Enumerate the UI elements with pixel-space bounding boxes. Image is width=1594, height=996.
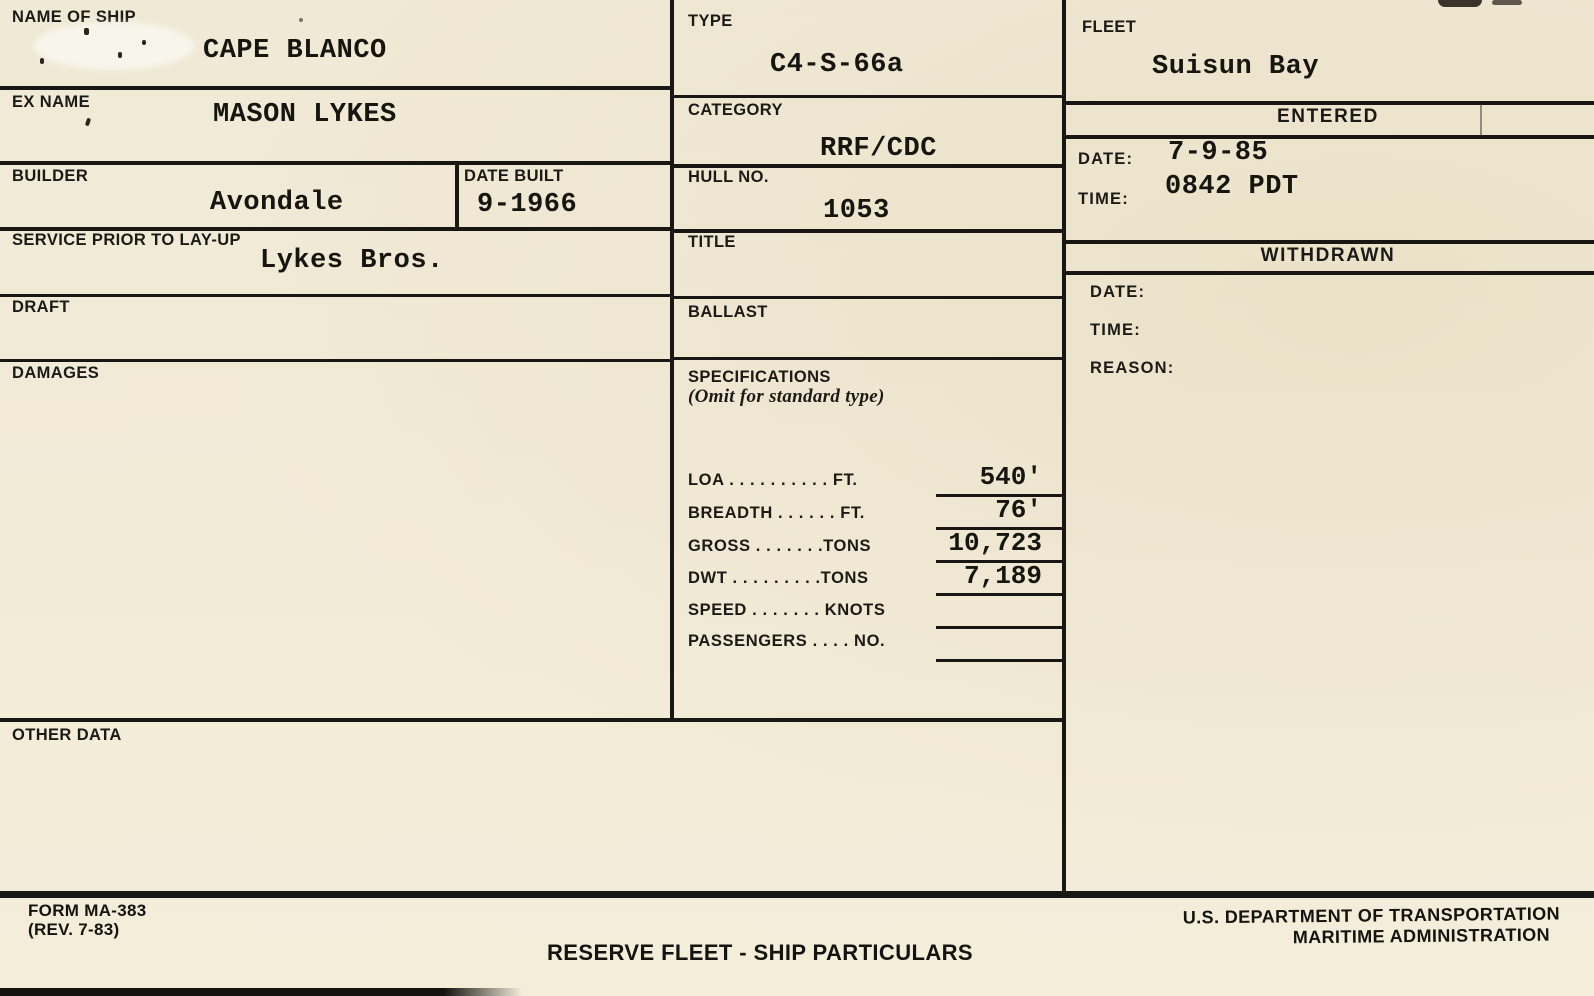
entered-time-label: TIME: (1078, 190, 1129, 209)
spec-passengers-line (936, 659, 1062, 662)
draft-label: DRAFT (12, 298, 70, 317)
entered-date-label: DATE: (1078, 150, 1133, 169)
builder-label: BUILDER (12, 167, 88, 186)
category-value: RRF/CDC (820, 134, 937, 164)
withdrawn-time-label: TIME: (1090, 321, 1141, 340)
divider-builder-datebuilt (455, 161, 459, 229)
spec-speed-label: SPEED . . . . . . . KNOTS (688, 601, 885, 620)
withdrawn-header: WITHDRAWN (1062, 245, 1594, 267)
entered-header: ENTERED (1062, 106, 1594, 128)
category-label: CATEGORY (688, 101, 783, 120)
line-below-type (670, 95, 1066, 98)
service-prior-value: Lykes Bros. (260, 246, 444, 276)
hull-no-label: HULL NO. (688, 168, 769, 187)
ship-particulars-card: NAME OF SHIP CAPE BLANCO EX NAME MASON L… (0, 0, 1594, 996)
hull-no-value: 1053 (823, 196, 890, 226)
spec-passengers-label: PASSENGERS . . . . NO. (688, 632, 885, 651)
scan-edge-shadow (0, 988, 522, 996)
line-below-draft (0, 359, 673, 362)
line-above-withdrawn (1062, 240, 1594, 244)
spec-dwt-line (936, 593, 1062, 596)
pen-mark (1492, 0, 1522, 5)
spec-gross-value: 10,723 (920, 528, 1042, 558)
line-above-entered (1062, 101, 1594, 105)
type-value: C4-S-66a (770, 50, 904, 80)
name-of-ship-value: CAPE BLANCO (203, 36, 387, 66)
spec-breadth-label: BREADTH . . . . . . FT. (688, 504, 865, 523)
type-label: TYPE (688, 12, 733, 31)
specifications-note: (Omit for standard type) (688, 386, 885, 408)
line-below-entered (1062, 135, 1594, 139)
entered-date-value: 7-9-85 (1168, 138, 1268, 168)
card-bottom-border (0, 891, 1594, 898)
scan-speck (40, 58, 44, 64)
spec-dwt-value: 7,189 (920, 561, 1042, 591)
line-below-ballast (670, 357, 1066, 360)
spec-loa-label: LOA . . . . . . . . . . FT. (688, 471, 858, 490)
line-above-other-data (0, 718, 1066, 722)
spec-loa-value: 540' (920, 462, 1042, 492)
entered-time-value: 0842 PDT (1165, 172, 1299, 202)
service-prior-label: SERVICE PRIOR TO LAY-UP (12, 231, 241, 250)
spec-gross-label: GROSS . . . . . . .TONS (688, 537, 871, 556)
damages-label: DAMAGES (12, 364, 99, 383)
fleet-value: Suisun Bay (1152, 52, 1319, 82)
builder-value: Avondale (210, 188, 344, 218)
scan-speck (299, 18, 303, 22)
scan-speck (118, 52, 122, 58)
footer-title: RESERVE FLEET - SHIP PARTICULARS (520, 940, 1000, 966)
spec-speed-line (936, 626, 1062, 629)
line-below-name-of-ship (0, 86, 673, 90)
other-data-label: OTHER DATA (12, 726, 122, 745)
date-built-value: 9-1966 (477, 190, 577, 220)
divider-left-middle (670, 0, 674, 720)
pen-mark (1438, 0, 1482, 7)
title-label: TITLE (688, 233, 736, 252)
spec-breadth-value: 76' (920, 495, 1042, 525)
scan-speck (142, 40, 146, 45)
ex-name-value: MASON LYKES (213, 100, 397, 130)
agency-line2: MARITIME ADMINISTRATION (1090, 925, 1550, 951)
pen-mark (1480, 104, 1482, 136)
line-below-service (0, 294, 673, 297)
fleet-label: FLEET (1082, 18, 1136, 37)
line-below-title (670, 296, 1066, 299)
line-below-withdrawn (1062, 271, 1594, 275)
date-built-label: DATE BUILT (464, 167, 564, 186)
withdrawn-date-label: DATE: (1090, 283, 1145, 302)
form-number: FORM MA-383 (28, 901, 147, 921)
specifications-label: SPECIFICATIONS (688, 368, 831, 387)
ex-name-label: EX NAME (12, 93, 90, 112)
scan-smudge (34, 22, 194, 70)
ballast-label: BALLAST (688, 303, 768, 322)
spec-dwt-label: DWT . . . . . . . . .TONS (688, 569, 869, 588)
line-below-ex-name (0, 161, 673, 165)
scan-speck (85, 118, 91, 127)
scan-speck (84, 28, 89, 35)
divider-middle-right (1062, 0, 1066, 895)
form-revision: (REV. 7-83) (28, 920, 120, 940)
withdrawn-reason-label: REASON: (1090, 359, 1175, 378)
